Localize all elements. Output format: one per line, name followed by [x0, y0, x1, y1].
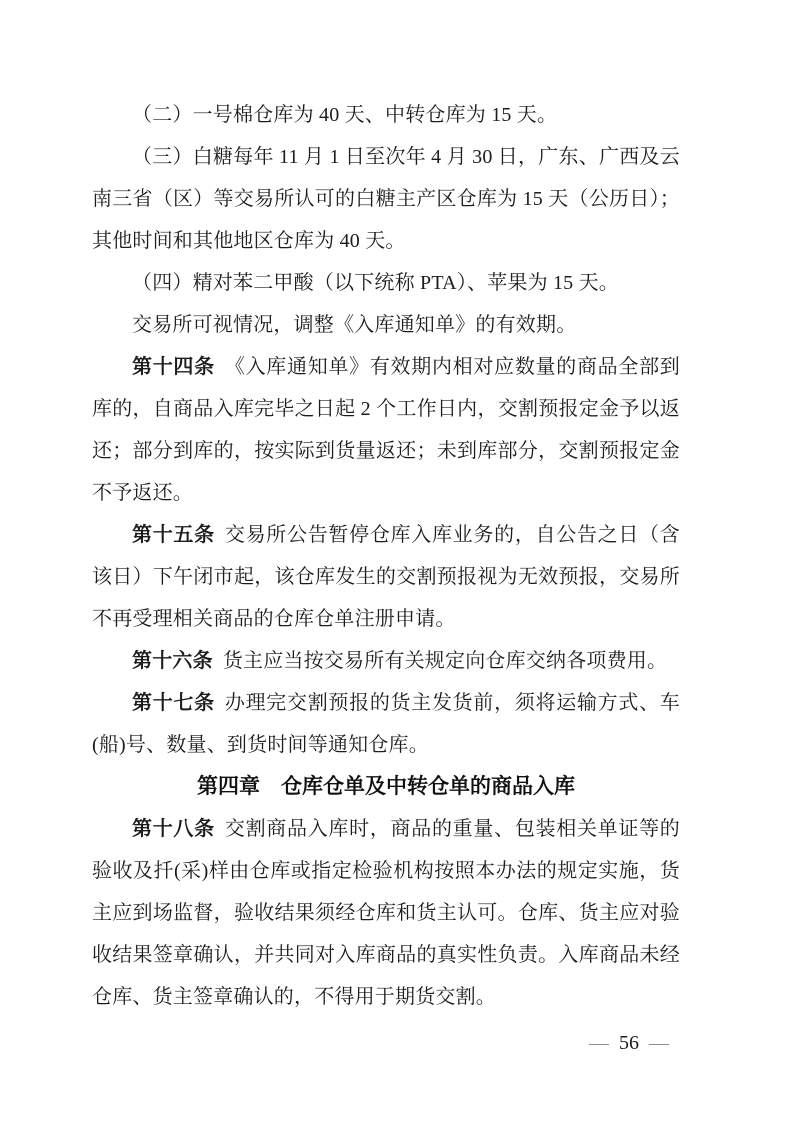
footer-right-dash: —: [649, 1030, 669, 1056]
article-16-text: 货主应当按交易所有关规定向仓库交纳各项费用。: [223, 650, 667, 672]
article-16-paragraph: 第十六条货主应当按交易所有关规定向仓库交纳各项费用。: [92, 640, 680, 682]
article-15-paragraph: 第十五条交易所公告暂停仓库入库业务的，自公告之日（含该日）下午闭市起，该仓库发生…: [92, 514, 680, 640]
page-number: 56: [619, 1030, 639, 1056]
article-16-label: 第十六条: [132, 650, 223, 672]
article-18-text: 交割商品入库时，商品的重量、包装相关单证等的验收及扦(采)样由仓库或指定检验机构…: [92, 818, 680, 1008]
page-footer: — 56 —: [589, 1030, 669, 1056]
validity-note-paragraph: 交易所可视情况，调整《入库通知单》的有效期。: [92, 304, 680, 346]
clause-3-paragraph: （三）白糖每年 11 月 1 日至次年 4 月 30 日，广东、广西及云南三省（…: [92, 136, 680, 262]
clause-4-paragraph: （四）精对苯二甲酸（以下统称 PTA）、苹果为 15 天。: [92, 262, 680, 304]
article-18-paragraph: 第十八条交割商品入库时，商品的重量、包装相关单证等的验收及扦(采)样由仓库或指定…: [92, 808, 680, 1018]
article-14-label: 第十四条: [132, 356, 225, 378]
article-17-label: 第十七条: [132, 692, 225, 714]
article-17-paragraph: 第十七条办理完交割预报的货主发货前，须将运输方式、车(船)号、数量、到货时间等通…: [92, 682, 680, 766]
article-14-paragraph: 第十四条《入库通知单》有效期内相对应数量的商品全部到库的，自商品入库完毕之日起 …: [92, 346, 680, 514]
footer-left-dash: —: [589, 1030, 609, 1056]
article-15-label: 第十五条: [132, 524, 225, 546]
article-18-label: 第十八条: [132, 818, 225, 840]
chapter-4-heading: 第四章 仓库仓单及中转仓单的商品入库: [92, 766, 680, 808]
article-14-text: 《入库通知单》有效期内相对应数量的商品全部到库的，自商品入库完毕之日起 2 个工…: [92, 356, 680, 504]
document-body: （二）一号棉仓库为 40 天、中转仓库为 15 天。 （三）白糖每年 11 月 …: [92, 94, 680, 1018]
clause-2-paragraph: （二）一号棉仓库为 40 天、中转仓库为 15 天。: [92, 94, 680, 136]
